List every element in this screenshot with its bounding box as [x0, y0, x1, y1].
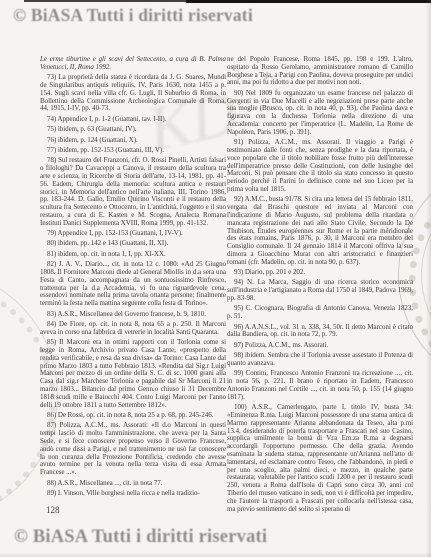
- footnote-paragraph: 91) Polizza, A.C.M., ms. Assorati. Il vi…: [227, 139, 413, 194]
- page-number: 128: [46, 505, 60, 515]
- footnote-paragraph: 90) Nel 1809 fu organizzato un esame fra…: [227, 90, 413, 137]
- footnote-paragraph: ne del Popolo Francese, Roma 1845, pp. 1…: [227, 56, 413, 87]
- footnote-paragraph: 75) ibidem, p. 63 (Guattani, IV).: [40, 126, 226, 134]
- scan-edge-bottom: [0, 553, 431, 557]
- footnote-paragraph: 80) ibidem, pp. 142 e 143 (Guattani, II,…: [40, 240, 226, 248]
- footnote-paragraph: 98) ibidem. Sembra che il Torlonia avess…: [227, 352, 413, 368]
- scanned-book-page: © BiASA Tutti i diritti riservati KD Le …: [0, 0, 431, 557]
- footnote-paragraph: 93) Diario, pp. 201 e 202.: [227, 269, 413, 277]
- footnote-paragraph: 85) Il Marconi era in ottimi rapporti co…: [40, 339, 226, 409]
- footnote-paragraph: 83) A.S.R., Miscellanea del Governo fran…: [40, 311, 226, 319]
- footnote-paragraph: 73) La proprietà della statua è ricordat…: [40, 74, 226, 113]
- footnote-paragraph: 79) Appendice I, pp. 152-153 (Guattani, …: [40, 230, 226, 238]
- footnote-paragraph: 97) Polizza, A.C.M., ms. Assorati.: [227, 342, 413, 350]
- footnote-paragraph: 84) De Fiore, op. cit. in nota 8, nota 6…: [40, 321, 226, 337]
- footnote-paragraph: 81) ibidem, op. cit. in nota 1, I, pp. X…: [40, 251, 226, 259]
- footnote-paragraph: 76) ibidem, p. 124 (Guattani, X).: [40, 137, 226, 145]
- footnote-paragraph: 99) Contini, Francesco Antonio Franzoni …: [227, 370, 413, 401]
- footnote-paragraph: 74) Appendice I, p. 1-2 (Guattani, tav. …: [40, 116, 226, 124]
- footnote-paragraph: 95) C. Cicognara, Biografia di Antonio C…: [227, 305, 413, 321]
- footnote-paragraph: 96) A.A.N.S.L., vol. 31 n. 338, 34, 50r.…: [227, 324, 413, 340]
- footnote-paragraph: 88) A.S.R., Miscellanea ..., cit. in not…: [40, 480, 226, 488]
- biasa-watermark-top: © BiASA Tutti i diritti riservati: [13, 5, 253, 26]
- footnotes-column-right: ne del Popolo Francese, Roma 1845, pp. 1…: [227, 56, 413, 516]
- footnote-paragraph: 89) I. Vinson, Ville borghesi nella ricc…: [40, 490, 226, 498]
- biasa-watermark-bottom: © BiASA Tutti i diritti riservati: [14, 527, 267, 548]
- footnote-paragraph: 87) Polizza, A.C.M., ms. Assorati: «Il d…: [40, 422, 226, 477]
- footnotes-column-left: Le erme tiburtine e gli scavi del Settec…: [40, 56, 226, 500]
- footnote-paragraph: 78) Sul restauro del Franzoni, cfr. O. R…: [40, 157, 226, 227]
- footnote-paragraph: 82) J. A. V., Diario..., cit. in nota 12…: [40, 261, 226, 308]
- footnote-paragraph: 77) ibidem, pp. 152-153 (Guattani, III, …: [40, 147, 226, 155]
- scan-artifact-top-line-dark: [186, 0, 431, 3]
- footnote-paragraph: Le erme tiburtine e gli scavi del Settec…: [40, 56, 226, 72]
- footnote-paragraph: 100) A.S.R., Camerlengato, parte I, tito…: [227, 404, 413, 513]
- scan-edge-right: [426, 0, 431, 557]
- footnote-paragraph: 86) De Rossi, op. cit. in nota 8, nota 2…: [40, 412, 226, 420]
- footnote-paragraph: 92) A.M.C., busta 91/78. Si cita una let…: [227, 196, 413, 266]
- footnote-paragraph: 94) N. La Marca, Saggio di una ricerca s…: [227, 279, 413, 302]
